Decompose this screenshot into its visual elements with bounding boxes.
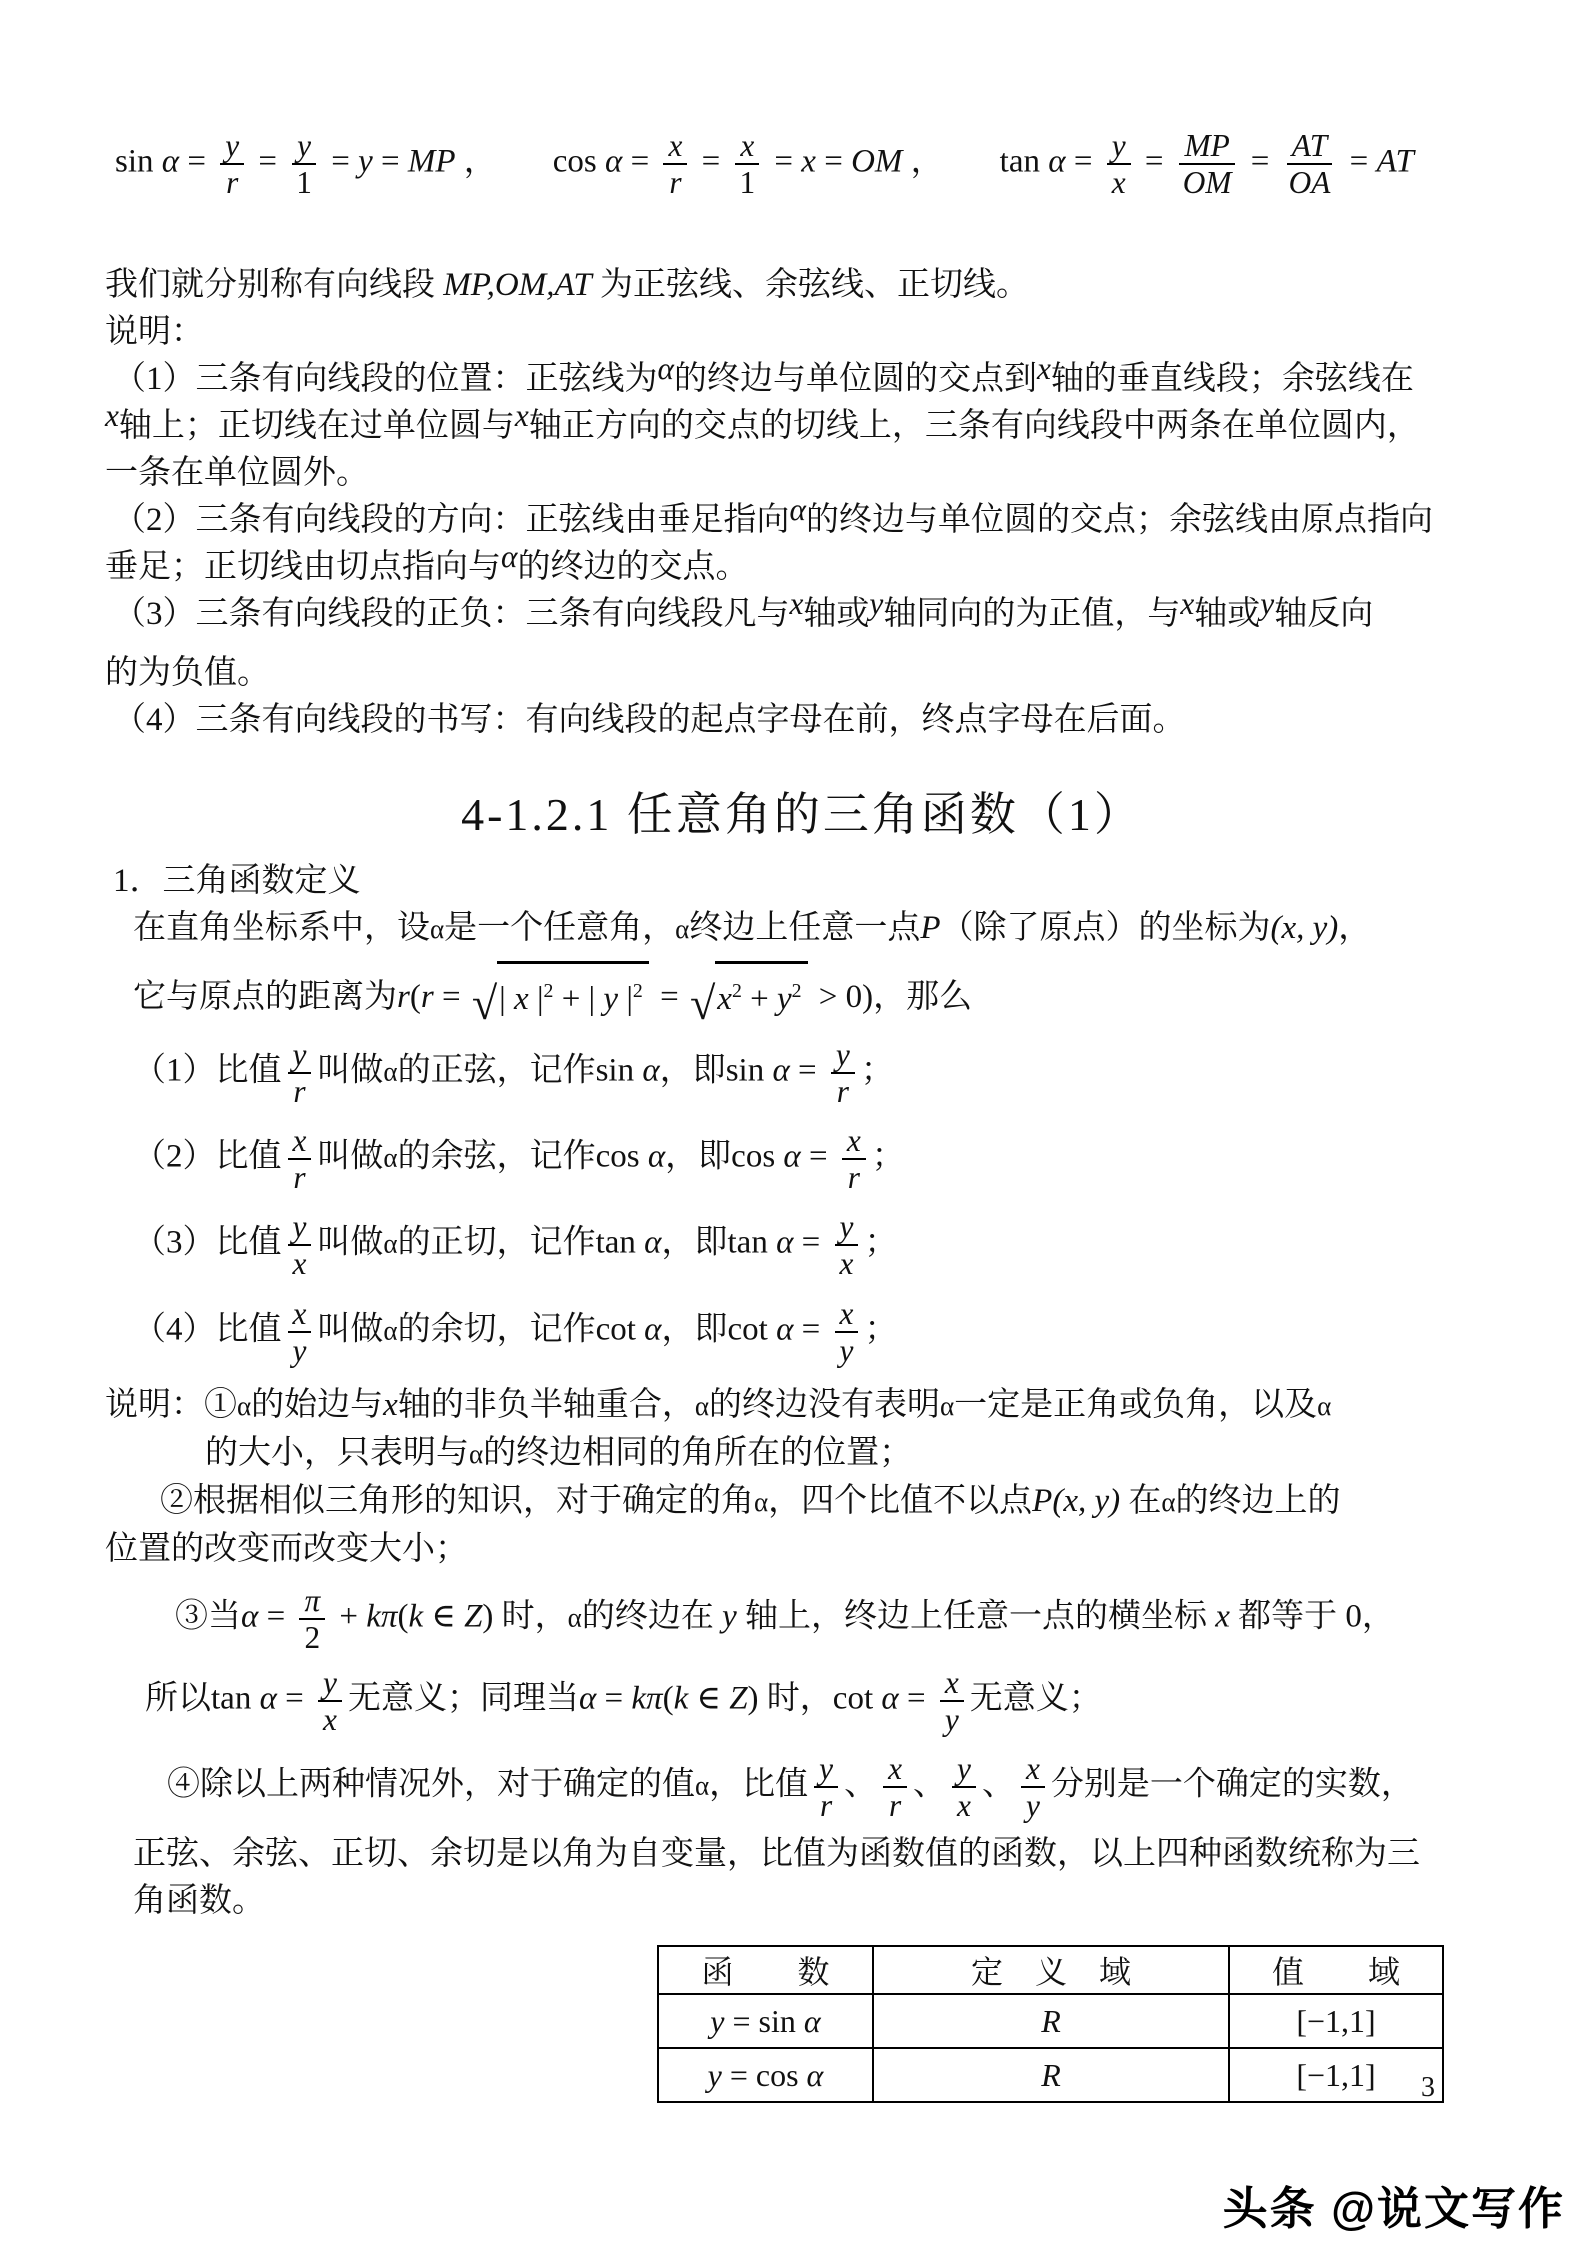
table-cell-cosine-domain: R [873, 2048, 1229, 2102]
remark-line-4-cont: 正弦、余弦、正切、余切是以角为自变量，比值为函数值的函数，以上四种函数统称为三 [105, 1831, 1499, 1878]
table-cell-cosine-function: y = cos α [658, 2048, 873, 2102]
section-title: 4-1.2.1 任意角的三角函数（1） [105, 784, 1499, 846]
remark-line-1-cont: 的大小，只表明与α的终边相同的角所在的位置； [105, 1430, 1499, 1478]
page-number: 3 [1421, 2072, 1435, 2104]
table-header-function: 函 数 [658, 1946, 873, 1994]
tangent-line-formula: tan α = yx = MPOM = ATOA = AT [1000, 128, 1414, 200]
ratio-item-tangent: （3）比值yx叫做α的正切，记作tan α，即tan α = yx； [105, 1209, 1499, 1281]
function-domain-range-table: 函 数 定 义 域 值 域 y = sin α R [−1,1] y = cos… [657, 1945, 1444, 2103]
table-cell-sine-range: [−1,1] [1229, 1994, 1443, 2048]
note-line-2-cont: 垂足；正切线由切点指向与α的终边的交点。 [105, 544, 1499, 591]
note-line-3: （3）三条有向线段的正负：三条有向线段凡与x轴或y轴同向的为正值，与x轴或y轴反… [105, 591, 1499, 638]
remark-line-3-cont: 所以tan α = yx无意义；同理当α = kπ(k ∈ Z) 时，cot α… [105, 1665, 1499, 1737]
table-header-domain: 定 义 域 [873, 1946, 1229, 1994]
definition-heading: 1．三角函数定义 [105, 858, 1499, 905]
remark-line-2: ②根据相似三角形的知识，对于确定的角α，四个比值不以点P(x, y) 在α的终边… [105, 1478, 1499, 1526]
table-header-range: 值 域 [1229, 1946, 1443, 1994]
table-header-row: 函 数 定 义 域 值 域 [658, 1946, 1443, 1994]
remark-line-1: 说明：①α的始边与x轴的非负半轴重合，α的终边没有表明α一定是正角或负角，以及α [105, 1382, 1499, 1430]
remark-line-2-cont: 位置的改变而改变大小； [105, 1526, 1499, 1573]
table-cell-sine-function: y = sin α [658, 1994, 873, 2048]
page-content: sin α = yr = y1 = y = MP ， cos α = xr = … [0, 0, 1587, 2103]
note-line-1: （1）三条有向线段的位置：正弦线为α的终边与单位圆的交点到x轴的垂直线段；余弦线… [105, 356, 1499, 403]
table-row-sine: y = sin α R [−1,1] [658, 1994, 1443, 2048]
note-label: 说明： [105, 309, 1499, 356]
naming-sentence: 我们就分别称有向线段 MP,OM,AT 为正弦线、余弦线、正切线。 [105, 262, 1499, 309]
table-cell-cosine-range: [−1,1] [1229, 2048, 1443, 2102]
remark-line-4-cont2: 角函数。 [105, 1878, 1499, 1925]
ratio-item-cosine: （2）比值xr叫做α的余弦，记作cos α，即cos α = xr； [105, 1123, 1499, 1195]
ratio-item-cotangent: （4）比值xy叫做α的余切，记作cot α，即cot α = xy； [105, 1296, 1499, 1368]
definition-line-1: 在直角坐标系中，设α是一个任意角，α终边上任意一点P（除了原点）的坐标为(x, … [105, 905, 1499, 953]
document-page: sin α = yr = y1 = y = MP ， cos α = xr = … [0, 0, 1587, 2245]
directed-segment-formula-row: sin α = yr = y1 = y = MP ， cos α = xr = … [105, 118, 1499, 210]
cosine-line-formula: cos α = xr = x1 = x = OM ， [553, 128, 944, 200]
note-line-4: （4）三条有向线段的书写：有向线段的起点字母在前，终点字母在后面。 [105, 697, 1499, 744]
ratio-item-sine: （1）比值yr叫做α的正弦，记作sin α，即sin α = yr； [105, 1037, 1499, 1109]
remark-line-4: ④除以上两种情况外，对于确定的值α，比值yr、xr、yx、xy分别是一个确定的实… [105, 1751, 1499, 1823]
note-line-1-cont2: 一条在单位圆外。 [105, 450, 1499, 497]
definition-line-2: 它与原点的距离为r(r = √| x |2 + | y |2 = √x2 + y… [105, 953, 1499, 1031]
watermark: 头条 @说文写作 [1223, 2172, 1565, 2237]
table-row-cosine: y = cos α R [−1,1] [658, 2048, 1443, 2102]
remark-line-3: ③当α = π2 + kπ(k ∈ Z) 时，α的终边在 y 轴上，终边上任意一… [105, 1583, 1499, 1655]
note-line-1-cont: x轴上；正切线在过单位圆与x轴正方向的交点的切线上，三条有向线段中两条在单位圆内… [105, 403, 1499, 450]
table-cell-sine-domain: R [873, 1994, 1229, 2048]
note-line-3-cont: 的为负值。 [105, 650, 1499, 697]
note-line-2: （2）三条有向线段的方向：正弦线由垂足指向α的终边与单位圆的交点；余弦线由原点指… [105, 497, 1499, 544]
sine-line-formula: sin α = yr = y1 = y = MP ， [115, 128, 497, 200]
